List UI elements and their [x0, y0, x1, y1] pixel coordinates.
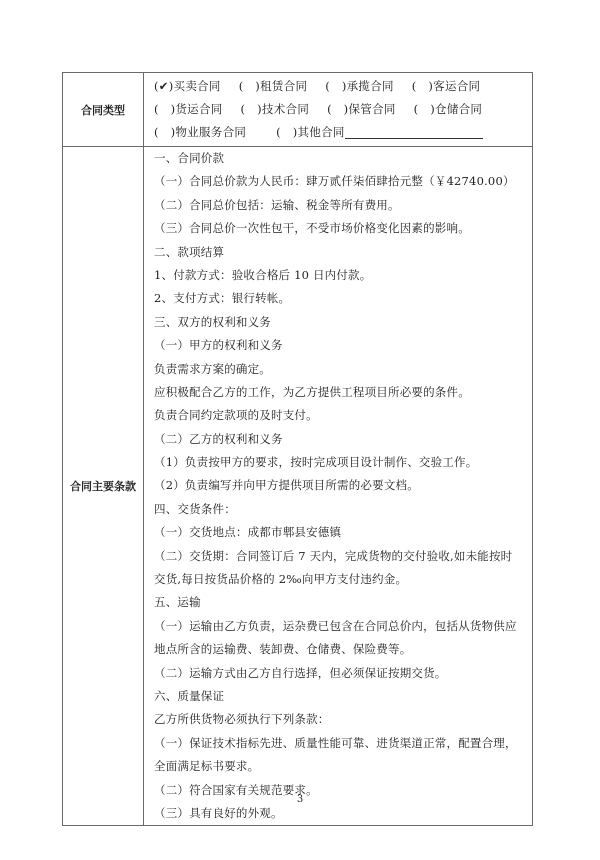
option-custody[interactable]: ( )保管合同	[327, 98, 396, 121]
terms-list: 一、合同价款（一）合同总价款为人民币：肆万贰仟柒佰肆拾元整（￥42740.00）…	[154, 147, 532, 825]
term-line: （三）合同总价一次性包干，不受市场价格变化因素的影响。	[154, 217, 532, 240]
term-line: 五、运输	[154, 591, 532, 614]
option-warehousing[interactable]: ( )仓储合同	[414, 98, 483, 121]
term-line: （一）交货地点：成都市郫县安德镇	[154, 521, 532, 544]
term-line: 四、交货条件：	[154, 498, 532, 521]
term-line: （一）运输由乙方负责，运杂费已包含在合同总价内，包括从货物供应	[154, 615, 532, 638]
option-property-service[interactable]: ( )物业服务合同	[154, 121, 246, 144]
contract-type-line-1: (✔)买卖合同 ( )租赁合同 ( )承揽合同 ( )客运合同	[154, 75, 532, 98]
option-contracting[interactable]: ( )承揽合同	[325, 75, 394, 98]
term-line: 地点所含的运输费、装卸费、仓储费、保险费等。	[154, 638, 532, 661]
term-line: （一）合同总价款为人民币：肆万贰仟柒佰肆拾元整（￥42740.00）	[154, 170, 532, 193]
contract-type-label: 合同类型	[63, 73, 144, 147]
term-line: 2、支付方式：银行转帐。	[154, 287, 532, 310]
checkbox[interactable]: ( )	[327, 102, 348, 116]
checkbox[interactable]: ( )	[154, 102, 175, 116]
term-line: 负责合同约定款项的及时支付。	[154, 404, 532, 427]
option-lease[interactable]: ( )租赁合同	[239, 75, 308, 98]
checkbox[interactable]: ( )	[412, 79, 433, 93]
option-sales[interactable]: (✔)买卖合同	[154, 75, 221, 98]
contract-type-line-3: ( )物业服务合同 ( )其他合同	[154, 121, 532, 144]
main-terms-row: 合同主要条款 一、合同价款（一）合同总价款为人民币：肆万贰仟柒佰肆拾元整（￥42…	[63, 147, 533, 826]
term-line: 三、双方的权利和义务	[154, 311, 532, 334]
checkbox[interactable]: ( )	[154, 125, 175, 139]
term-line: 交货,每日按货品价格的 2‰向甲方支付违约金。	[154, 568, 532, 591]
term-line: （2）负责编写并向甲方提供项目所需的必要文档。	[154, 474, 532, 497]
term-line: 全面满足标书要求。	[154, 755, 532, 778]
term-line: 二、款项结算	[154, 241, 532, 264]
main-terms-content: 一、合同价款（一）合同总价款为人民币：肆万贰仟柒佰肆拾元整（￥42740.00）…	[144, 147, 533, 826]
checkbox-checked[interactable]: (✔)	[154, 79, 174, 93]
term-line: 负责需求方案的确定。	[154, 358, 532, 381]
term-line: （二）交货期：合同签订后 7 天内，完成货物的交付验收,如未能按时	[154, 545, 532, 568]
option-passenger[interactable]: ( )客运合同	[412, 75, 481, 98]
option-other[interactable]: ( )其他合同	[276, 121, 345, 144]
option-freight[interactable]: ( )货运合同	[154, 98, 223, 121]
term-line: （一）甲方的权利和义务	[154, 334, 532, 357]
checkbox[interactable]: ( )	[325, 79, 346, 93]
term-line: （二）乙方的权利和义务	[154, 428, 532, 451]
contract-type-options: (✔)买卖合同 ( )租赁合同 ( )承揽合同 ( )客运合同 ( )货运合同 …	[144, 73, 533, 147]
checkbox[interactable]: ( )	[414, 102, 435, 116]
term-line: （三）具有良好的外观。	[154, 802, 532, 825]
term-line: 六、质量保证	[154, 685, 532, 708]
page-number: 3	[0, 794, 600, 805]
main-terms-label: 合同主要条款	[63, 147, 144, 826]
contract-type-row: 合同类型 (✔)买卖合同 ( )租赁合同 ( )承揽合同 ( )客运合同 ( )…	[63, 73, 533, 147]
term-line: （1）负责按甲方的要求，按时完成项目设计制作、交验工作。	[154, 451, 532, 474]
term-line: （一）保证技术指标先进、质量性能可靠、进货渠道正常，配置合理，	[154, 732, 532, 755]
contract-type-line-2: ( )货运合同 ( )技术合同 ( )保管合同 ( )仓储合同	[154, 98, 532, 121]
term-line: （二）合同总价包括：运输、税金等所有费用。	[154, 194, 532, 217]
term-line: 应积极配合乙方的工作，为乙方提供工程项目所必要的条件。	[154, 381, 532, 404]
term-line: 一、合同价款	[154, 147, 532, 170]
checkbox[interactable]: ( )	[241, 102, 262, 116]
contract-table: 合同类型 (✔)买卖合同 ( )租赁合同 ( )承揽合同 ( )客运合同 ( )…	[62, 72, 533, 826]
term-line: （二）运输方式由乙方自行选择，但必须保证按期交货。	[154, 662, 532, 685]
checkbox[interactable]: ( )	[276, 125, 297, 139]
term-line: 1、付款方式：验收合格后 10 日内付款。	[154, 264, 532, 287]
other-contract-blank[interactable]	[345, 124, 483, 139]
checkbox[interactable]: ( )	[239, 79, 260, 93]
option-technology[interactable]: ( )技术合同	[241, 98, 310, 121]
term-line: 乙方所供货物必须执行下列条款：	[154, 708, 532, 731]
